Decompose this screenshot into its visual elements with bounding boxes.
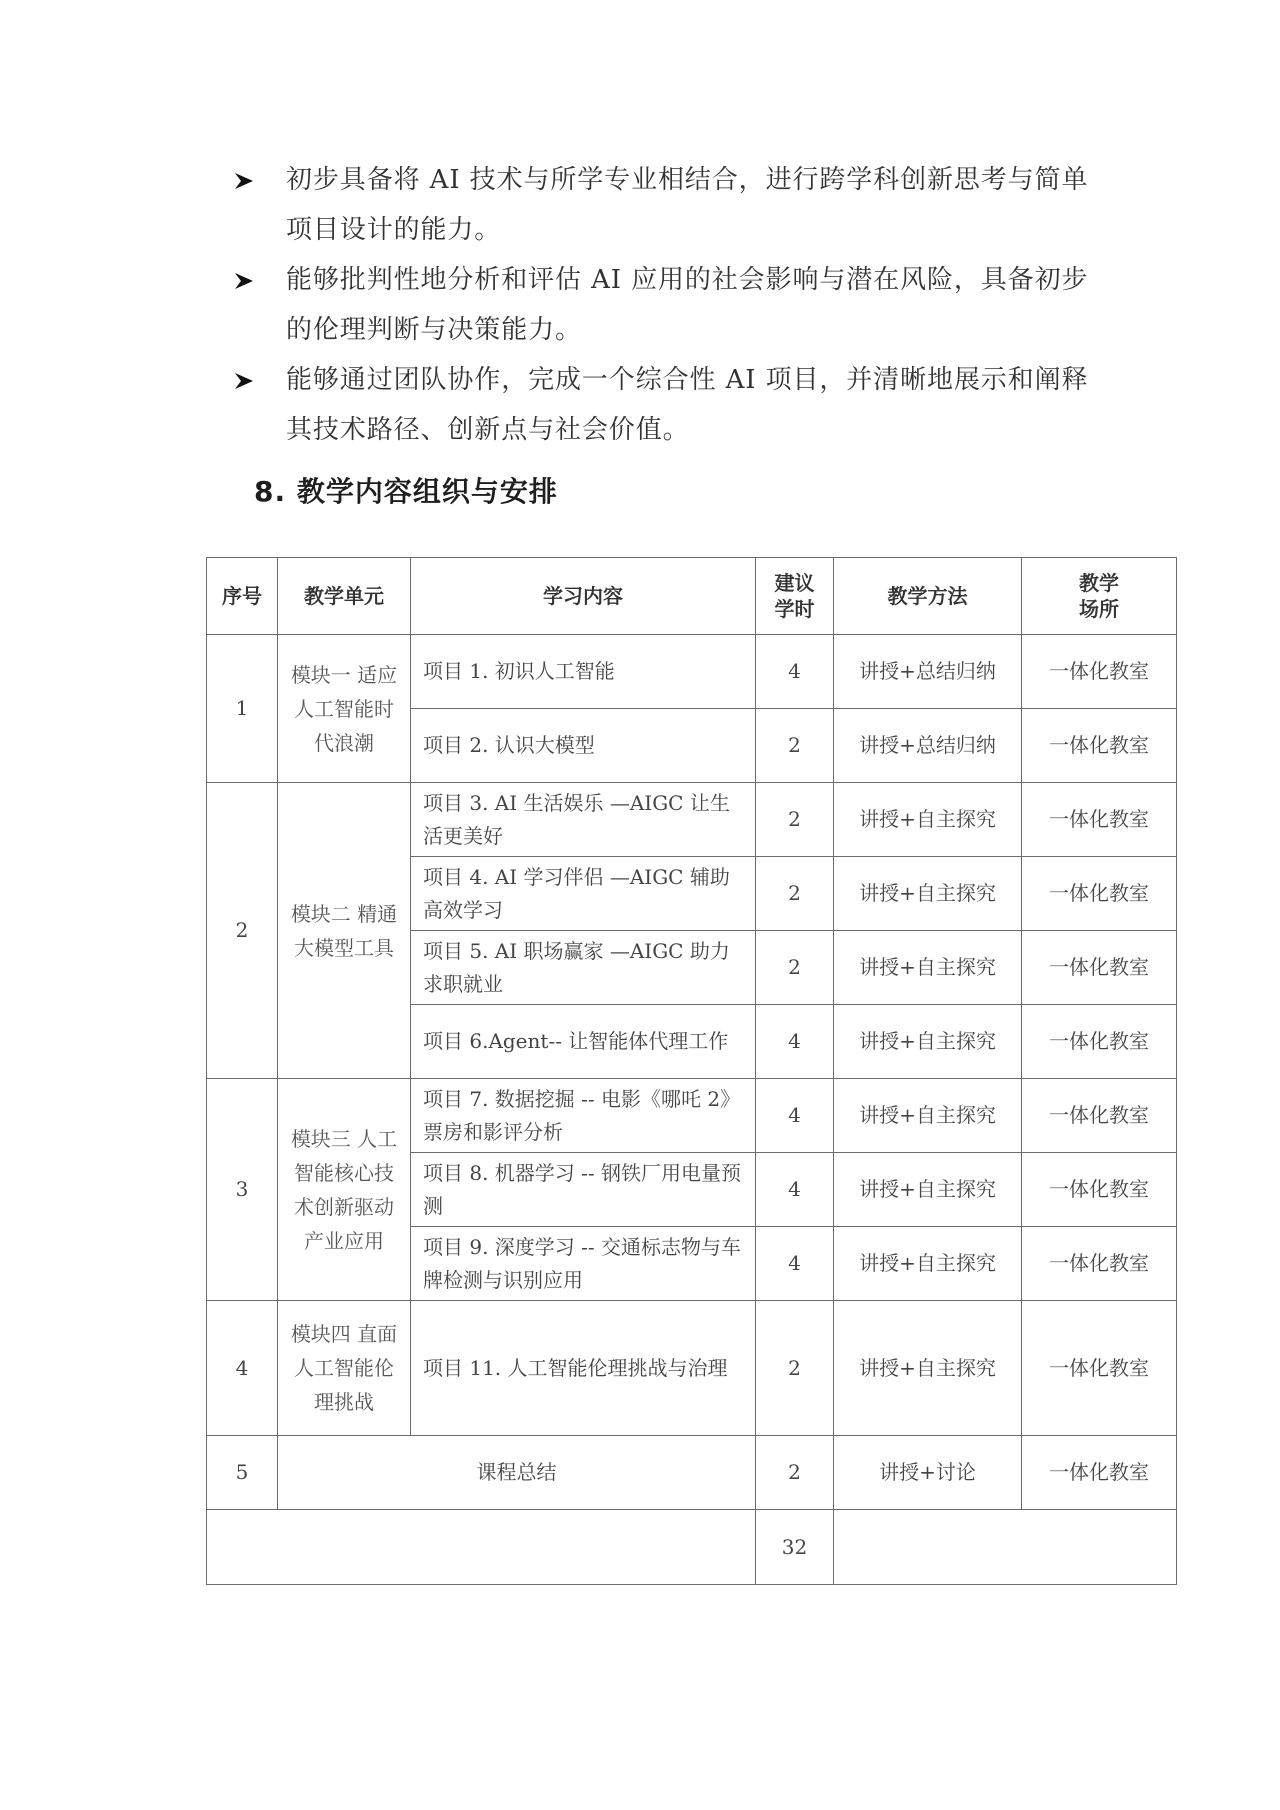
objective-text: 能够通过团队协作，完成一个综合性 AI 项目，并清晰地展示和阐释其技术路径、创新… (286, 365, 1088, 445)
header-content: 学习内容 (411, 558, 756, 635)
cell-hours: 2 (756, 1301, 834, 1436)
cell-venue: 一体化教室 (1022, 931, 1177, 1005)
cell-method: 讲授+自主探究 (834, 1227, 1022, 1301)
header-index: 序号 (207, 558, 278, 635)
objective-text: 能够批判性地分析和评估 AI 应用的社会影响与潜在风险，具备初步的伦理判断与决策… (286, 265, 1088, 345)
objective-text: 初步具备将 AI 技术与所学专业相结合，进行跨学科创新思考与简单项目设计的能力。 (286, 165, 1088, 245)
cell-hours: 4 (756, 635, 834, 709)
arrow-bullet-icon (234, 355, 258, 405)
cell-total-hours: 32 (756, 1510, 834, 1585)
cell-venue: 一体化教室 (1022, 1153, 1177, 1227)
cell-hours: 2 (756, 709, 834, 783)
teaching-plan-table: 序号 教学单元 学习内容 建议学时 教学方法 教学场所 1 模块一 适应人工智能… (206, 557, 1177, 1585)
table-row: 2 模块二 精通大模型工具 项目 3. AI 生活娱乐 —AIGC 让生活更美好… (207, 783, 1177, 857)
cell-index: 2 (207, 783, 278, 1079)
table-row: 3 模块三 人工智能核心技术创新驱动产业应用 项目 7. 数据挖掘 -- 电影《… (207, 1079, 1177, 1153)
cell-method: 讲授+总结归纳 (834, 635, 1022, 709)
objective-item: 能够批判性地分析和评估 AI 应用的社会影响与潜在风险，具备初步的伦理判断与决策… (230, 255, 1110, 355)
cell-method: 讲授+自主探究 (834, 1005, 1022, 1079)
objective-item: 能够通过团队协作，完成一个综合性 AI 项目，并清晰地展示和阐释其技术路径、创新… (230, 355, 1110, 455)
cell-index: 4 (207, 1301, 278, 1436)
cell-venue: 一体化教室 (1022, 709, 1177, 783)
header-hours: 建议学时 (756, 558, 834, 635)
cell-unit: 模块四 直面人工智能伦理挑战 (278, 1301, 411, 1436)
cell-hours: 4 (756, 1005, 834, 1079)
objectives-list: 初步具备将 AI 技术与所学专业相结合，进行跨学科创新思考与简单项目设计的能力。… (230, 155, 1110, 455)
arrow-bullet-icon (234, 155, 258, 205)
section-heading: 8. 教学内容组织与安排 (254, 470, 558, 510)
cell-index: 5 (207, 1436, 278, 1510)
cell-content: 项目 4. AI 学习伴侣 —AIGC 辅助高效学习 (411, 857, 756, 931)
cell-venue: 一体化教室 (1022, 857, 1177, 931)
cell-method: 讲授+自主探究 (834, 1153, 1022, 1227)
cell-venue: 一体化教室 (1022, 1301, 1177, 1436)
cell-content: 项目 3. AI 生活娱乐 —AIGC 让生活更美好 (411, 783, 756, 857)
cell-method: 讲授+自主探究 (834, 857, 1022, 931)
cell-content: 项目 8. 机器学习 -- 钢铁厂用电量预测 (411, 1153, 756, 1227)
cell-summary-label: 课程总结 (278, 1436, 756, 1510)
cell-hours: 4 (756, 1227, 834, 1301)
cell-method: 讲授+自主探究 (834, 783, 1022, 857)
cell-venue: 一体化教室 (1022, 783, 1177, 857)
cell-method: 讲授+自主探究 (834, 931, 1022, 1005)
cell-total-note (834, 1510, 1177, 1585)
cell-venue: 一体化教室 (1022, 1227, 1177, 1301)
table-row: 4 模块四 直面人工智能伦理挑战 项目 11. 人工智能伦理挑战与治理 2 讲授… (207, 1301, 1177, 1436)
cell-venue: 一体化教室 (1022, 1436, 1177, 1510)
header-venue: 教学场所 (1022, 558, 1177, 635)
cell-index: 1 (207, 635, 278, 783)
table-row: 1 模块一 适应人工智能时代浪潮 项目 1. 初识人工智能 4 讲授+总结归纳 … (207, 635, 1177, 709)
cell-unit: 模块二 精通大模型工具 (278, 783, 411, 1079)
cell-unit: 模块一 适应人工智能时代浪潮 (278, 635, 411, 783)
cell-content: 项目 5. AI 职场赢家 —AIGC 助力求职就业 (411, 931, 756, 1005)
cell-venue: 一体化教室 (1022, 1005, 1177, 1079)
cell-venue: 一体化教室 (1022, 635, 1177, 709)
cell-content: 项目 1. 初识人工智能 (411, 635, 756, 709)
cell-content: 项目 7. 数据挖掘 -- 电影《哪吒 2》票房和影评分析 (411, 1079, 756, 1153)
summary-row: 5 课程总结 2 讲授+讨论 一体化教室 (207, 1436, 1177, 1510)
cell-method: 讲授+总结归纳 (834, 709, 1022, 783)
cell-method: 讲授+自主探究 (834, 1079, 1022, 1153)
objective-item: 初步具备将 AI 技术与所学专业相结合，进行跨学科创新思考与简单项目设计的能力。 (230, 155, 1110, 255)
cell-method: 讲授+自主探究 (834, 1301, 1022, 1436)
cell-index: 3 (207, 1079, 278, 1301)
header-unit: 教学单元 (278, 558, 411, 635)
cell-content: 项目 11. 人工智能伦理挑战与治理 (411, 1301, 756, 1436)
cell-hours: 4 (756, 1079, 834, 1153)
cell-total-label (207, 1510, 756, 1585)
cell-content: 项目 9. 深度学习 -- 交通标志物与车牌检测与识别应用 (411, 1227, 756, 1301)
cell-hours: 4 (756, 1153, 834, 1227)
total-row: 32 (207, 1510, 1177, 1585)
header-method: 教学方法 (834, 558, 1022, 635)
cell-unit: 模块三 人工智能核心技术创新驱动产业应用 (278, 1079, 411, 1301)
cell-hours: 2 (756, 857, 834, 931)
cell-hours: 2 (756, 1436, 834, 1510)
table-header-row: 序号 教学单元 学习内容 建议学时 教学方法 教学场所 (207, 558, 1177, 635)
cell-content: 项目 6.Agent-- 让智能体代理工作 (411, 1005, 756, 1079)
cell-hours: 2 (756, 931, 834, 1005)
arrow-bullet-icon (234, 255, 258, 305)
cell-method: 讲授+讨论 (834, 1436, 1022, 1510)
cell-hours: 2 (756, 783, 834, 857)
cell-venue: 一体化教室 (1022, 1079, 1177, 1153)
cell-content: 项目 2. 认识大模型 (411, 709, 756, 783)
